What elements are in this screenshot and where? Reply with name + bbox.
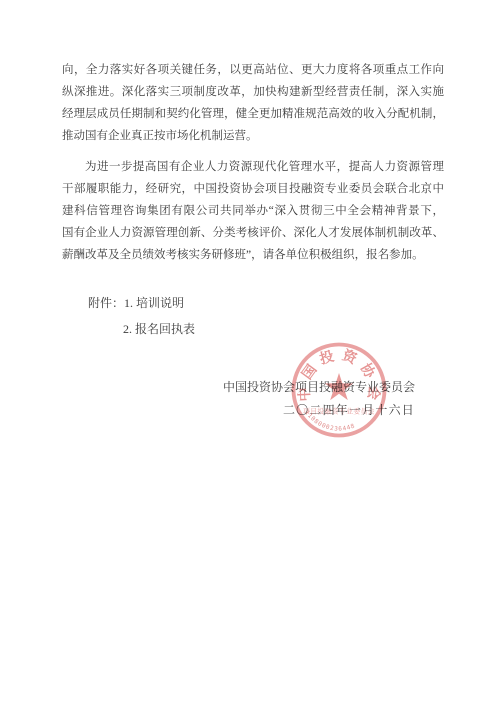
text-line: 为进一步提高国有企业人力资源现代化管理水平，提高人力资源管理 [62,156,444,178]
paragraph-gap [62,147,444,156]
signature-org: 中国投资协会项目投融资专业委员会 [0,376,415,399]
attachments-label: 附件： [88,296,124,310]
text-line: 干部履职能力，经研究，中国投资协会项目投融资专业委员会联合北京中 [62,178,444,200]
attachment-item: 2. 报名回执表 [123,322,195,336]
text-line: 国有企业人力资源管理创新、分类考核评价、深化人才发展体制机制改革、 [62,222,444,244]
signature-block: 中国投资协会项目投融资专业委员会 二〇二四年一月十六日 [0,376,415,422]
text-line: 推动国有企业真正按市场化机制运营。 [62,125,444,147]
attachment-item: 1. 培训说明 [124,296,184,310]
text-line: 建科信管理咨询集团有限公司共同举办“深入贯彻三中全会精神背景下， [62,200,444,222]
signature-date: 二〇二四年一月十六日 [0,399,415,422]
text-line: 经理层成员任期制和契约化管理，健全更加精准规范高效的收入分配机制， [62,103,444,125]
attachment-line: 附件：1. 培训说明 [88,290,195,316]
document-page: 向，全力落实好各项关键任务，以更高站位、更大力度将各项重点工作向 纵深推进。深化… [0,0,500,707]
attachments-block: 附件：1. 培训说明 2. 报名回执表 [88,290,195,342]
body-text: 向，全力落实好各项关键任务，以更高站位、更大力度将各项重点工作向 纵深推进。深化… [62,59,444,266]
attachment-line: 2. 报名回执表 [88,316,195,342]
text-line: 薪酬改革及全员绩效考核实务研修班”，请各单位积极组织，报名参加。 [62,244,444,266]
text-line: 向，全力落实好各项关键任务，以更高站位、更大力度将各项重点工作向 [62,59,444,81]
text-line: 纵深推进。深化落实三项制度改革，加快构建新型经营责任制，深入实施 [62,81,444,103]
